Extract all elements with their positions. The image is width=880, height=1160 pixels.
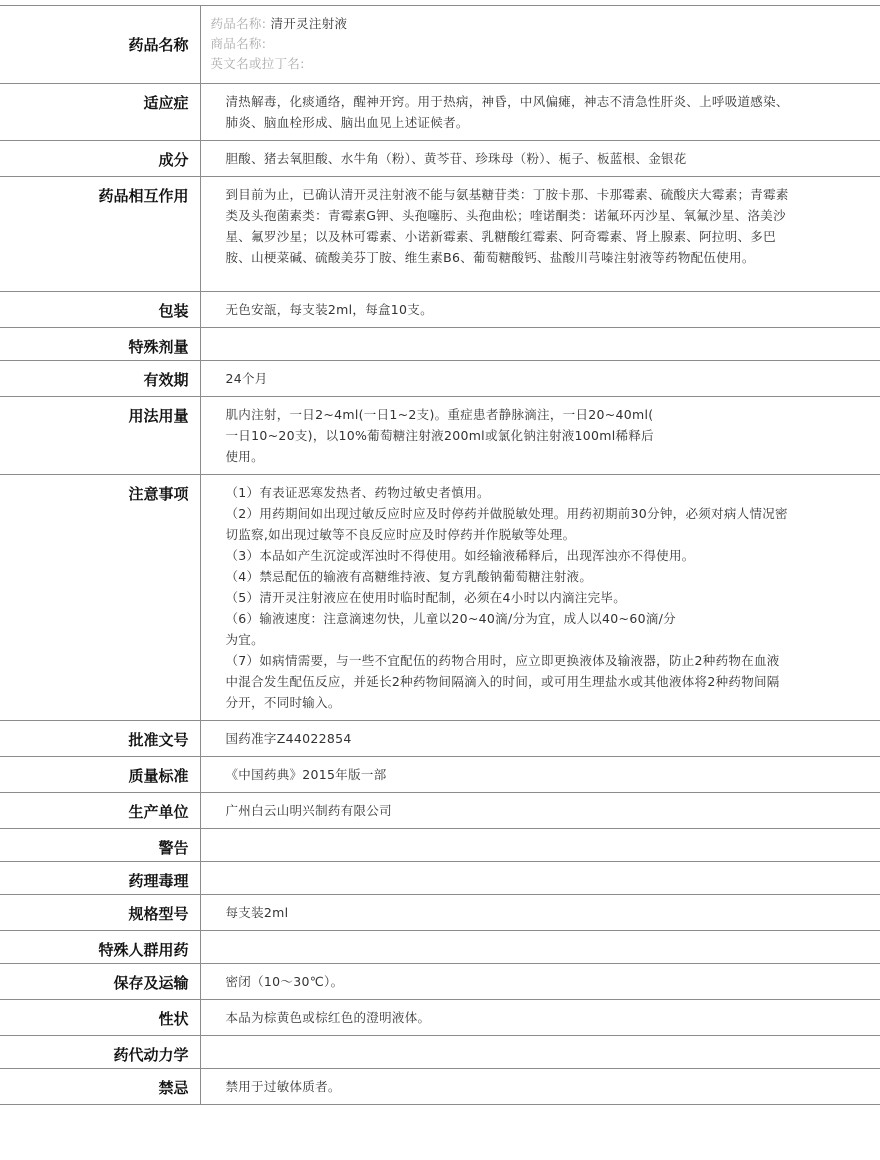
- row-contraindications: 禁忌 禁用于过敏体质者。: [0, 1069, 880, 1105]
- value-precautions: （1）有表证恶寒发热者、药物过敏史者慎用。 （2）用药期间如出现过敏反应时应及时…: [200, 475, 880, 721]
- dosage-line: 一日10~20支)，以10%葡萄糖注射液200ml或氯化钠注射液100ml稀释后: [226, 425, 791, 446]
- label-warning: 警告: [0, 829, 200, 862]
- label-approval-number: 批准文号: [0, 721, 200, 757]
- value-pharmacokinetics: [200, 1036, 880, 1069]
- value-pharmacology-toxicology: [200, 862, 880, 895]
- label-specification: 规格型号: [0, 895, 200, 931]
- label-dosage: 用法用量: [0, 397, 200, 475]
- value-ingredients: 胆酸、猪去氧胆酸、水牛角（粉）、黄芩苷、珍珠母（粉）、栀子、板蓝根、金银花: [200, 141, 880, 177]
- dosage-line: 使用。: [226, 446, 791, 467]
- row-special-dosage: 特殊剂量: [0, 328, 880, 361]
- precaution-item: （1）有表证恶寒发热者、药物过敏史者慎用。: [226, 482, 791, 503]
- precaution-item: （5）清开灵注射液应在使用时临时配制，必须在4小时以内滴注完毕。: [226, 587, 791, 608]
- label-description: 性状: [0, 1000, 200, 1036]
- row-special-populations: 特殊人群用药: [0, 931, 880, 964]
- value-quality-standard: 《中国药典》2015年版一部: [200, 757, 880, 793]
- label-manufacturer: 生产单位: [0, 793, 200, 829]
- value-approval-number: 国药准字Z44022854: [200, 721, 880, 757]
- value-description: 本品为棕黄色或棕红色的澄明液体。: [200, 1000, 880, 1036]
- row-pharmacokinetics: 药代动力学: [0, 1036, 880, 1069]
- row-interactions: 药品相互作用 到目前为止，已确认清开灵注射液不能与氨基糖苷类：丁胺卡那、卡那霉素…: [0, 177, 880, 292]
- value-storage: 密闭（10～30℃）。: [200, 964, 880, 1000]
- row-precautions: 注意事项 （1）有表证恶寒发热者、药物过敏史者慎用。 （2）用药期间如出现过敏反…: [0, 475, 880, 721]
- row-dosage: 用法用量 肌内注射，一日2~4ml(一日1~2支)。重症患者静脉滴注，一日20~…: [0, 397, 880, 475]
- value-manufacturer: 广州白云山明兴制药有限公司: [200, 793, 880, 829]
- generic-name-line: 药品名称: 清开灵注射液: [211, 14, 871, 34]
- precaution-item: （7）如病情需要，与一些不宜配伍的药物合用时，应立即更换液体及输液器，防止2种药…: [226, 650, 791, 713]
- generic-name-value: 清开灵注射液: [271, 16, 348, 31]
- label-special-dosage: 特殊剂量: [0, 328, 200, 361]
- precaution-item: （2）用药期间如出现过敏反应时应及时停药并做脱敏处理。用药初期前30分钟，必须对…: [226, 503, 791, 545]
- label-precautions: 注意事项: [0, 475, 200, 721]
- label-indications: 适应症: [0, 84, 200, 141]
- value-contraindications: 禁用于过敏体质者。: [200, 1069, 880, 1105]
- label-contraindications: 禁忌: [0, 1069, 200, 1105]
- label-pharmacokinetics: 药代动力学: [0, 1036, 200, 1069]
- label-shelf-life: 有效期: [0, 361, 200, 397]
- row-drug-name: 药品名称 药品名称: 清开灵注射液 商品名称: 英文名或拉丁名:: [0, 6, 880, 84]
- row-approval-number: 批准文号 国药准字Z44022854: [0, 721, 880, 757]
- label-quality-standard: 质量标准: [0, 757, 200, 793]
- value-interactions: 到目前为止，已确认清开灵注射液不能与氨基糖苷类：丁胺卡那、卡那霉素、硫酸庆大霉素…: [200, 177, 880, 292]
- value-dosage: 肌内注射，一日2~4ml(一日1~2支)。重症患者静脉滴注，一日20~40ml(…: [200, 397, 880, 475]
- label-packaging: 包装: [0, 292, 200, 328]
- english-name-line: 英文名或拉丁名:: [211, 54, 871, 74]
- row-specification: 规格型号 每支装2ml: [0, 895, 880, 931]
- label-special-populations: 特殊人群用药: [0, 931, 200, 964]
- drug-spec-table: 药品名称 药品名称: 清开灵注射液 商品名称: 英文名或拉丁名: 适应症 清热解…: [0, 5, 880, 1105]
- english-name-label: 英文名或拉丁名:: [211, 56, 305, 71]
- trade-name-line: 商品名称:: [211, 34, 871, 54]
- row-pharmacology-toxicology: 药理毒理: [0, 862, 880, 895]
- precaution-item: （3）本品如产生沉淀或浑浊时不得使用。如经输液稀释后，出现浑浊亦不得使用。: [226, 545, 791, 566]
- value-warning: [200, 829, 880, 862]
- precaution-item: 为宜。: [226, 629, 791, 650]
- dosage-line: 肌内注射，一日2~4ml(一日1~2支)。重症患者静脉滴注，一日20~40ml(: [226, 404, 791, 425]
- value-specification: 每支装2ml: [200, 895, 880, 931]
- value-special-dosage: [200, 328, 880, 361]
- precaution-item: （6）输液速度：注意滴速勿快，儿童以20~40滴/分为宜，成人以40~60滴/分: [226, 608, 791, 629]
- row-manufacturer: 生产单位 广州白云山明兴制药有限公司: [0, 793, 880, 829]
- row-storage: 保存及运输 密闭（10～30℃）。: [0, 964, 880, 1000]
- row-description: 性状 本品为棕黄色或棕红色的澄明液体。: [0, 1000, 880, 1036]
- label-ingredients: 成分: [0, 141, 200, 177]
- value-indications: 清热解毒，化痰通络，醒神开窍。用于热病，神昏，中风偏瘫，神志不清急性肝炎、上呼吸…: [200, 84, 880, 141]
- trade-name-label: 商品名称:: [211, 36, 267, 51]
- row-shelf-life: 有效期 24个月: [0, 361, 880, 397]
- label-drug-name: 药品名称: [0, 6, 200, 84]
- row-ingredients: 成分 胆酸、猪去氧胆酸、水牛角（粉）、黄芩苷、珍珠母（粉）、栀子、板蓝根、金银花: [0, 141, 880, 177]
- label-interactions: 药品相互作用: [0, 177, 200, 292]
- row-warning: 警告: [0, 829, 880, 862]
- value-special-populations: [200, 931, 880, 964]
- value-packaging: 无色安瓿，每支装2ml，每盒10支。: [200, 292, 880, 328]
- row-indications: 适应症 清热解毒，化痰通络，醒神开窍。用于热病，神昏，中风偏瘫，神志不清急性肝炎…: [0, 84, 880, 141]
- row-packaging: 包装 无色安瓿，每支装2ml，每盒10支。: [0, 292, 880, 328]
- label-pharmacology-toxicology: 药理毒理: [0, 862, 200, 895]
- row-quality-standard: 质量标准 《中国药典》2015年版一部: [0, 757, 880, 793]
- value-shelf-life: 24个月: [200, 361, 880, 397]
- label-storage: 保存及运输: [0, 964, 200, 1000]
- precaution-item: （4）禁忌配伍的输液有高糖维持液、复方乳酸钠葡萄糖注射液。: [226, 566, 791, 587]
- value-drug-name: 药品名称: 清开灵注射液 商品名称: 英文名或拉丁名:: [200, 6, 880, 84]
- generic-name-label: 药品名称:: [211, 16, 267, 31]
